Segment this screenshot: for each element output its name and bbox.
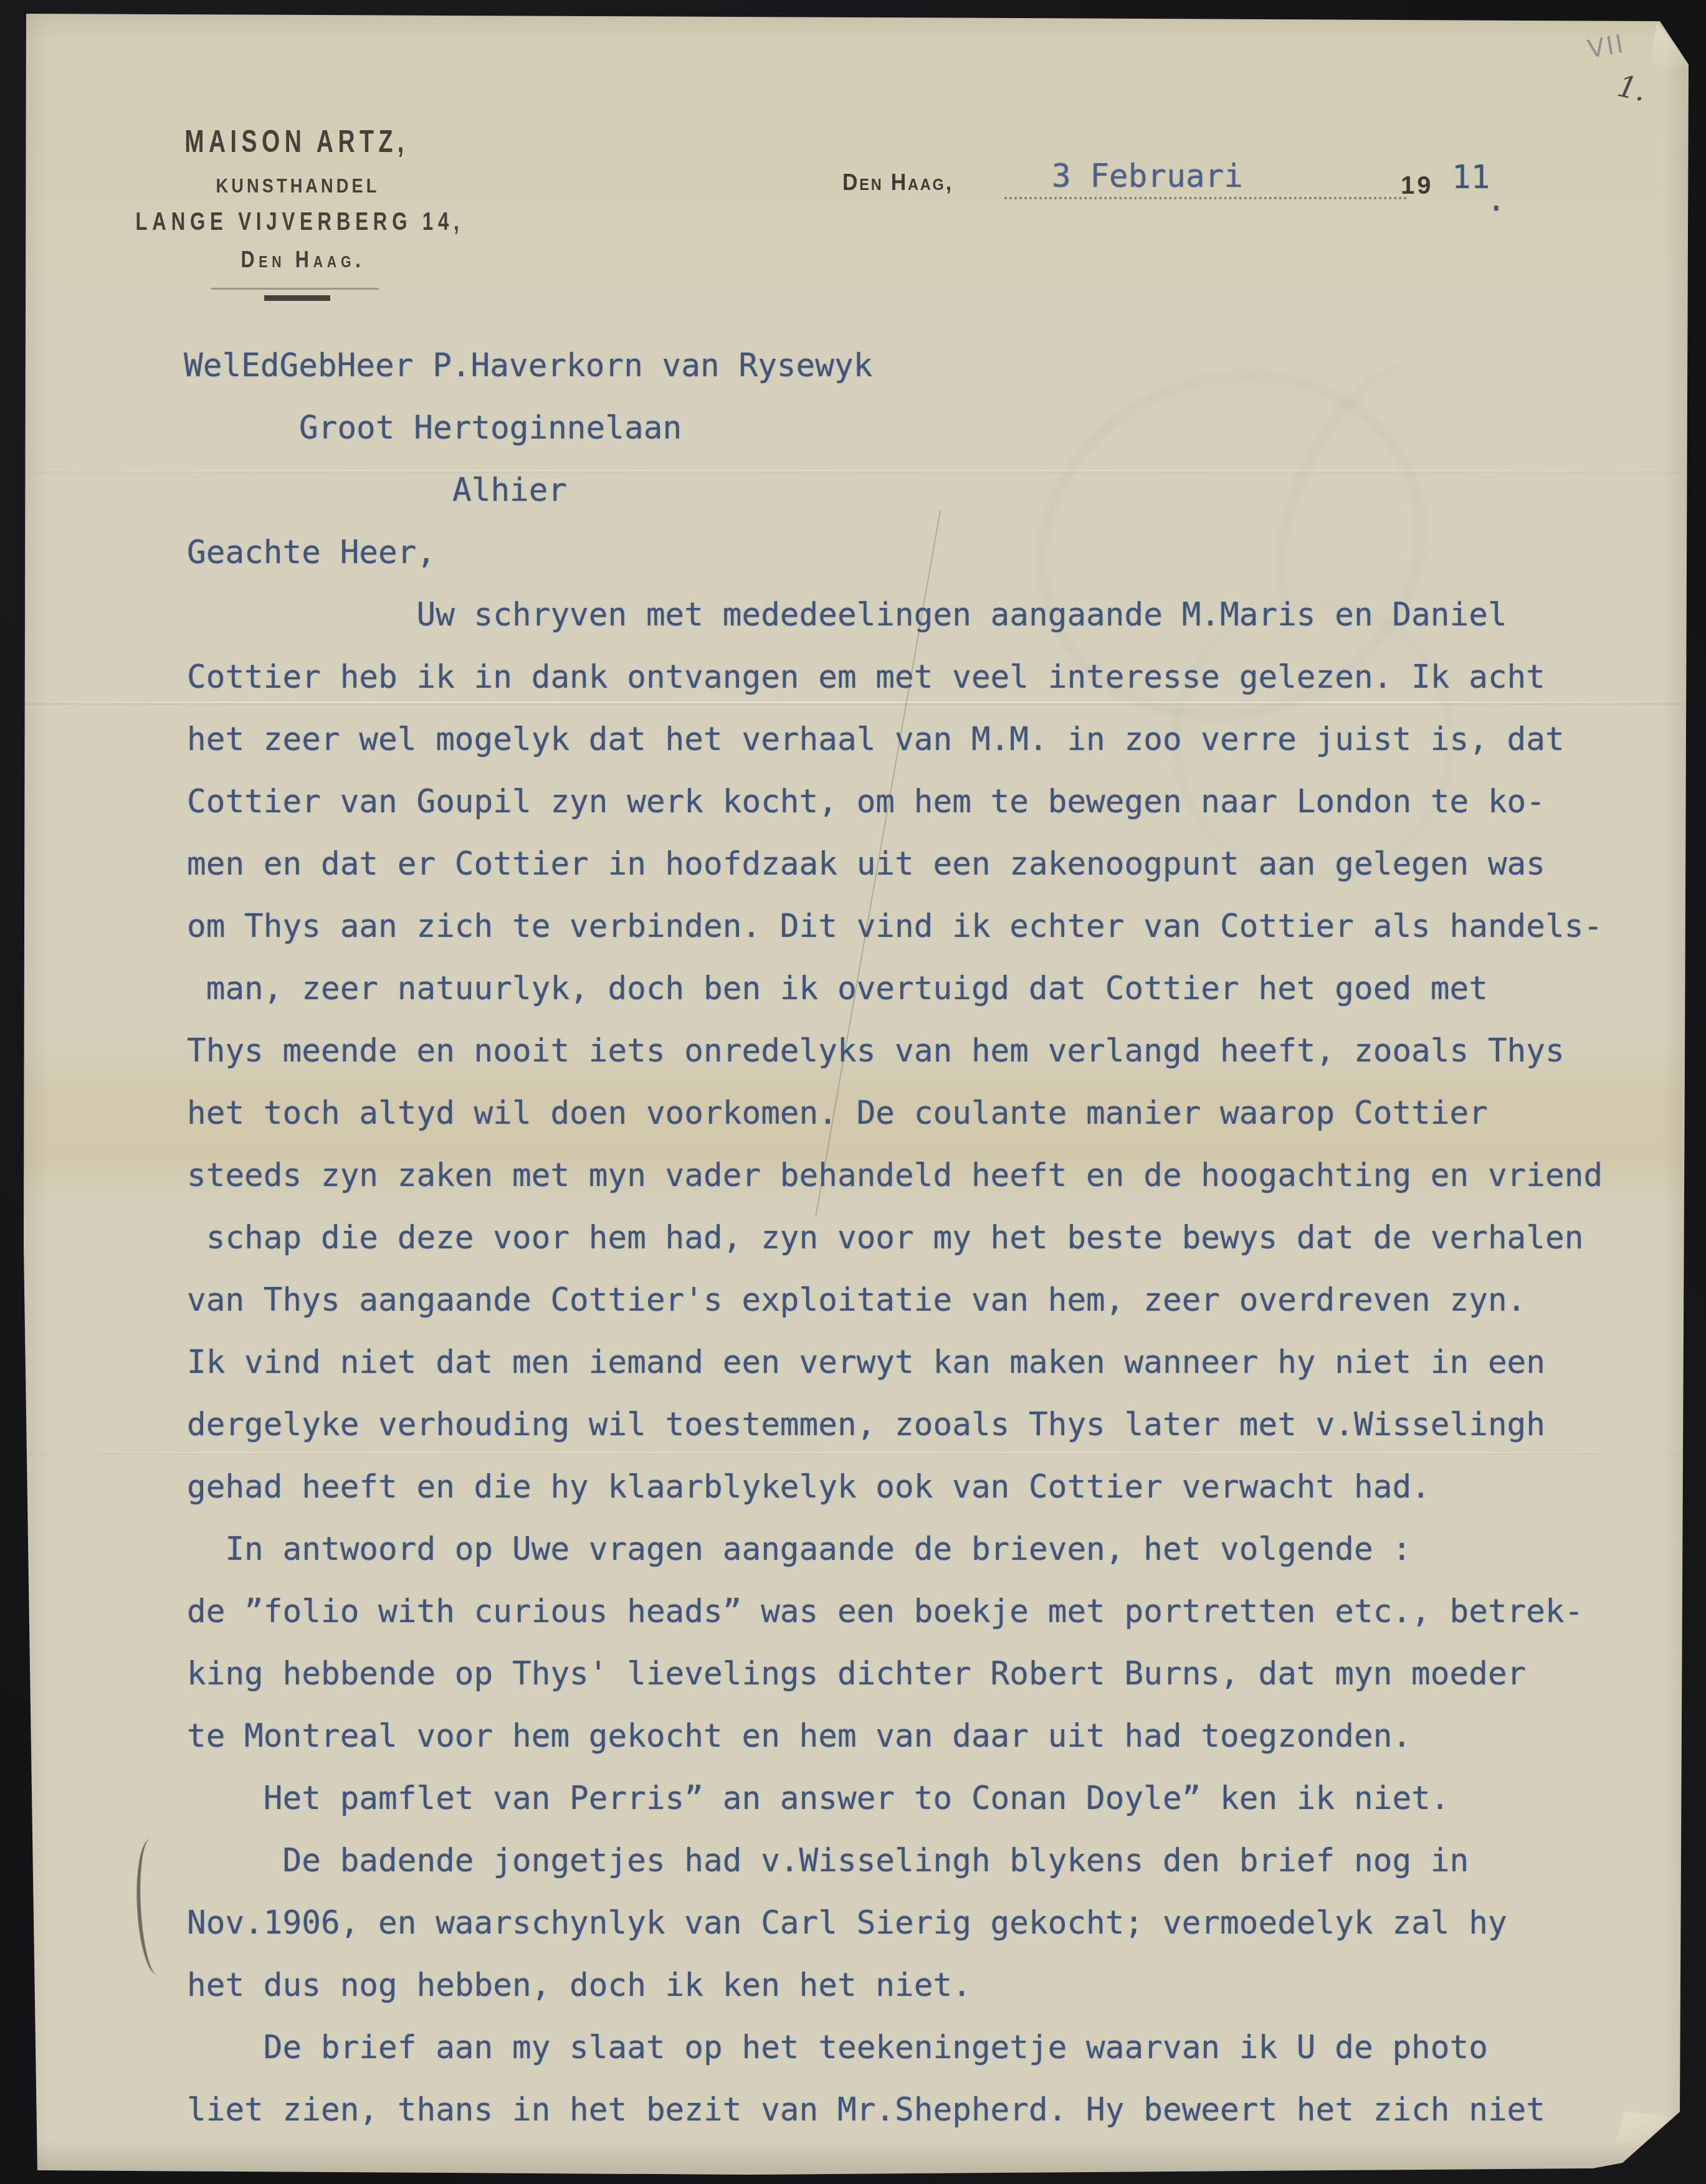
letter-body-line: gehad heeft en die hy klaarblykelyk ook … [187,1456,1603,1519]
letterhead-company-name: MAISON ARTZ, [184,123,408,159]
letter-body: Uw schryven met mededeelingen aangaande … [187,584,1603,2142]
letter-body-line: te Montreal voor hem gekocht en hem van … [187,1706,1603,1768]
letter-body-line: men en dat er Cottier in hoofdzaak uit e… [187,833,1603,896]
letter-body-line: Cottier heb ik in dank ontvangen em met … [187,647,1603,709]
letter-body-line: De badende jongetjes had v.Wisselingh bl… [187,1830,1603,1892]
letter-body-line: het toch altyd wil doen voorkomen. De co… [187,1083,1603,1145]
letterhead-trade-line: KUNSTHANDEL [216,174,379,197]
recipient-name-line: WelEdGebHeer P.Haverkorn van Rysewyk [184,335,872,397]
letter-body-line: De brief aan my slaat op het teekeninget… [187,2017,1603,2079]
pencil-margin-parenthesis-mark [133,1838,174,1976]
letter-body-line: Cottier van Goupil zyn werk kocht, om he… [187,771,1603,833]
letter-body-line: liet zien, thans in het bezit van Mr.She… [187,2079,1603,2142]
letter-body-line: dergelyke verhouding wil toestemmen, zoo… [187,1394,1603,1456]
dateline-year-prefix-printed: 19 [1401,172,1434,200]
letter-body-line: van Thys aangaande Cottier's exploitatie… [187,1270,1603,1332]
letter-body-line: het zeer wel mogelyk dat het verhaal van… [187,709,1603,771]
dateline-date-typed: 3 Februari [1052,158,1243,195]
letter-body-line: king hebbende op Thys' lievelings dichte… [187,1643,1603,1706]
dateline-year-punctuation: . [1487,182,1506,219]
letter-body-line: Het pamflet van Perris” an answer to Con… [187,1768,1603,1830]
letter-body-line: om Thys aan zich te verbinden. Dit vind … [187,896,1603,958]
letter-body-line: man, zeer natuurlyk, doch ben ik overtui… [187,958,1603,1020]
scan-background: MAISON ARTZ, KUNSTHANDEL LANGE VIJVERBER… [0,0,1706,2184]
letter-body-line: In antwoord op Uwe vragen aangaande de b… [187,1519,1603,1581]
recipient-street-line: Groot Hertoginnelaan [299,397,682,460]
letter-body-line: schap die deze voor hem had, zyn voor my… [187,1207,1603,1270]
letterhead-city-line: Den Haag. [241,247,365,273]
letter-body-line: Thys meende en nooit iets onredelyks van… [187,1020,1603,1083]
letter-body-line: het dus nog hebben, doch ik ken het niet… [187,1955,1603,2017]
letter-body-line: Nov.1906, en waarschynlyk van Carl Sieri… [187,1892,1603,1955]
letter-body-line: de ”folio with curious heads” was een bo… [187,1581,1603,1643]
folded-corner-bottom-right [1603,2107,1677,2163]
letterhead-rule-thin [211,288,379,290]
dateline-place-printed: Den Haag, [842,169,953,196]
letter-page: MAISON ARTZ, KUNSTHANDEL LANGE VIJVERBER… [0,0,1706,2184]
letter-body-line: Uw schryven met mededeelingen aangaande … [187,584,1603,647]
dateline-year-typed: 11 [1452,159,1490,196]
salutation: Geachte Heer, [187,522,436,584]
paper-crease-upper [25,470,1682,472]
letter-body-line: steeds zyn zaken met myn vader behandeld… [187,1145,1603,1207]
letterhead-street-line: LANGE VIJVERBERG 14, [135,208,464,236]
letterhead-rule-thick [264,295,330,301]
recipient-city-line: Alhier [452,460,567,522]
letter-body-line: Ik vind niet dat men iemand een verwyt k… [187,1332,1603,1394]
